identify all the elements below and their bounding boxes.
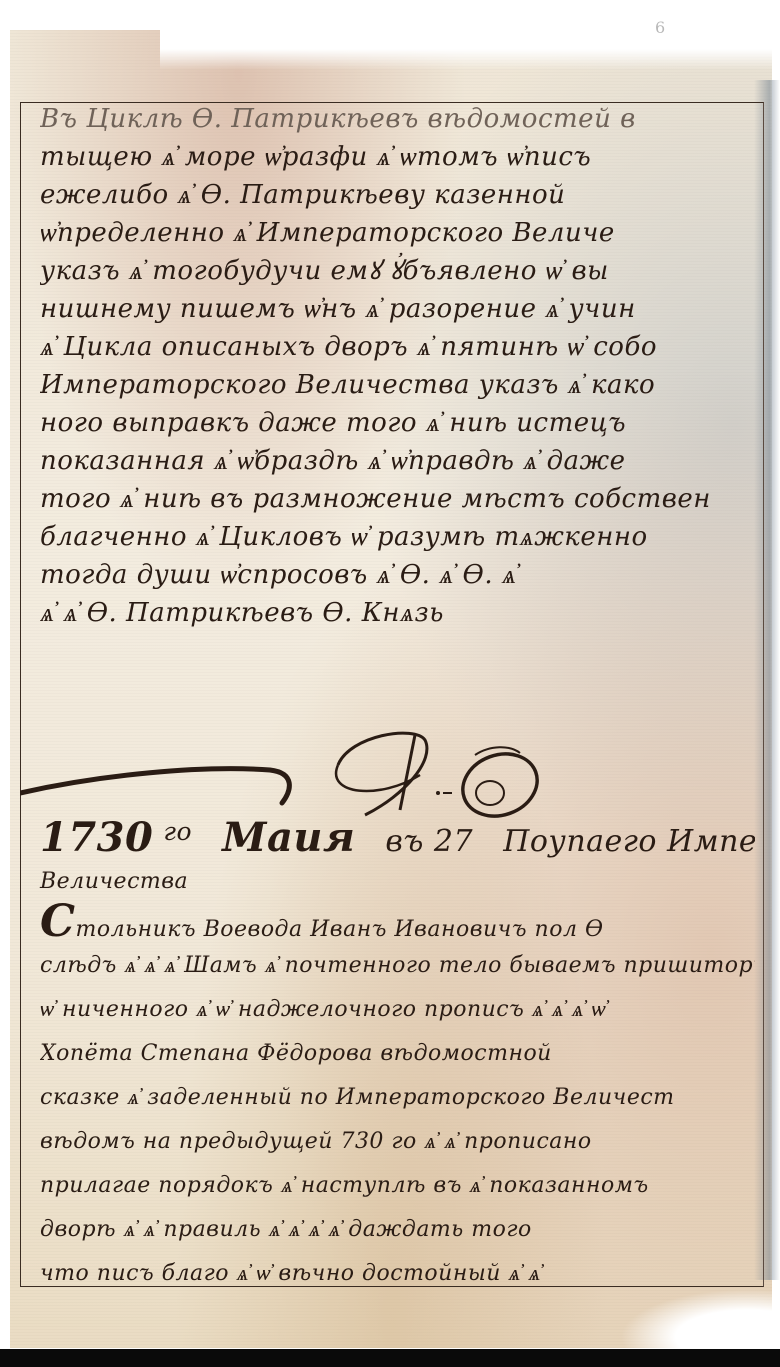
text-line: прилагае порядокъ ѧ҆ наступлѣ въ ѧ҆ пока…	[40, 1164, 755, 1208]
text-line: ѡ҆ ниченного ѧ҆ ѡ҆ наджелочного прописъ …	[40, 988, 755, 1032]
paragraph-continuation: Въ Циклѣ Ѳ. Патрикѣевъ вѣдомостей в тыще…	[40, 100, 755, 632]
text-line: того ѧ҆ ниѣ въ размножение мѣстъ собстве…	[40, 480, 755, 518]
text-line: тольникъ Воевода Иванъ Ивановичъ пол Ѳ	[76, 917, 604, 942]
date-subheading: Величества	[40, 864, 755, 900]
date-day: въ 27	[385, 824, 473, 859]
text-line: сказке ѧ҆ заделенный по Императорского В…	[40, 1076, 755, 1120]
entry-body: Стольникъ Воевода Иванъ Ивановичъ пол Ѳ …	[40, 900, 755, 1296]
text-line: показанная ѧ҆ ѡ҆браздѣ ѧ҆ ѡ҆правдѣ ѧ҆ да…	[40, 442, 755, 480]
page-number: 6	[655, 18, 665, 37]
text-line: ѧ҆ Цикла описаныхъ дворъ ѧ҆ пятинѣ ѡ҆ со…	[40, 328, 755, 366]
text-line: Императорского Величества указъ ѧ҆ како	[40, 366, 755, 404]
text-line: ного выправкъ даже того ѧ҆ ниѣ истецъ	[40, 404, 755, 442]
text-line: слѣдъ ѧ҆ ѧ҆ ѧ҆ Шамъ ѧ҆ почтенного тело б…	[40, 944, 755, 988]
date-year: 1730	[40, 814, 153, 861]
text-line: тогда души ѡ҆спросовъ ѧ҆ Ѳ. ѧ҆ Ѳ. ѧ҆	[40, 556, 755, 594]
date-month: Маия	[222, 814, 355, 861]
torn-top-edge	[160, 0, 780, 70]
text-line: вѣдомъ на предыдущей 730 го ѧ҆ ѧ҆ пропис…	[40, 1120, 755, 1164]
dated-entry-heading: 1730 го Маия въ 27 Поупаего Императ Вели…	[40, 800, 755, 900]
date-line: 1730 го Маия въ 27 Поупаего Императ	[40, 800, 755, 864]
text-line: ѧ҆ ѧ҆ Ѳ. Патрикѣевъ Ѳ. Кнѧзь	[40, 594, 755, 632]
text-line: дворѣ ѧ҆ ѧ҆ правиль ѧ҆ ѧ҆ ѧ҆ ѧ҆ даждать …	[40, 1208, 755, 1252]
text-line: ежелибо ѧ҆ Ѳ. Патрикѣеву казенной	[40, 176, 755, 214]
text-line: тыщею ѧ҆ море ѡ҆разфи ѧ҆ ѡтомъ ѡ҆писъ	[40, 138, 755, 176]
drop-initial: С	[40, 900, 76, 944]
text-line: благченно ѧ҆ Цикловъ ѡ҆ разумѣ тѧжкенно	[40, 518, 755, 556]
date-rest: Поупаего Императ	[503, 824, 755, 859]
torn-bottom-edge	[620, 1289, 780, 1349]
text-line: ѡ҆пределенно ѧ҆ Императорского Величе	[40, 214, 755, 252]
text-line: Хопёта Степана Фёдорова вѣдомостной	[40, 1032, 755, 1076]
text-line-first: Стольникъ Воевода Иванъ Ивановичъ пол Ѳ	[40, 900, 755, 944]
text-line: нишнему пишемъ ѡ҆нъ ѧ҆ разорение ѧ҆ учин	[40, 290, 755, 328]
scanner-edge-bar	[0, 1349, 780, 1367]
text-line: указъ ѧ҆ тогобудучи емꙋ ꙋ҆бъявлено ѡ҆ вы	[40, 252, 755, 290]
manuscript-scan: 6 Въ Циклѣ Ѳ. Патрикѣевъ вѣдомостей в ты…	[0, 0, 780, 1367]
text-line: Въ Циклѣ Ѳ. Патрикѣевъ вѣдомостей в	[40, 100, 755, 138]
date-suffix: го	[163, 817, 192, 846]
